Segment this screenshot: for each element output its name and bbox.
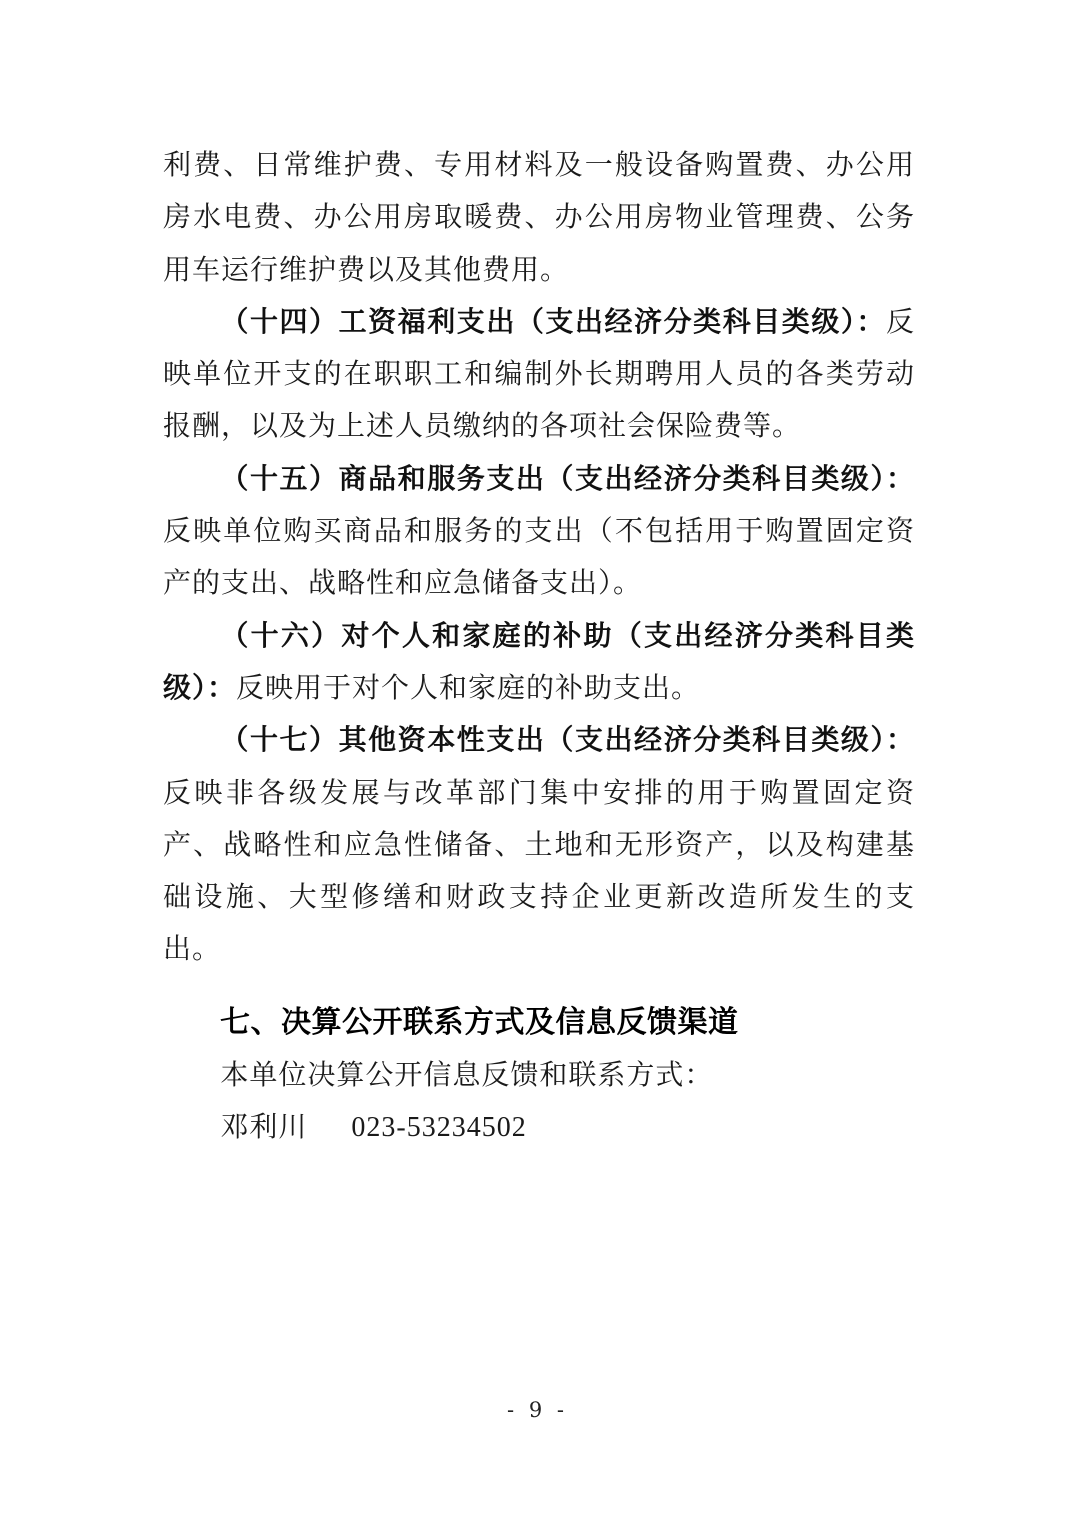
page-number: - 9 - (0, 1398, 1075, 1422)
paragraph-text: 利费、日常维护费、专用材料及一般设备购置费、办公用房水电费、办公用房取暖费、办公… (163, 148, 915, 286)
paragraph-lead: （十四）工资福利支出（支出经济分类科目类级）： (220, 305, 886, 338)
document-content: 利费、日常维护费、专用材料及一般设备购置费、办公用房水电费、办公用房取暖费、办公… (163, 139, 915, 1155)
contact-name: 邓利川 (220, 1110, 307, 1143)
contact-detail-line: 邓利川023-53234502 (163, 1101, 915, 1154)
paragraph-expense-continuation: 利费、日常维护费、专用材料及一般设备购置费、办公用房水电费、办公用房取暖费、办公… (163, 139, 915, 296)
paragraph-text: 反映用于对个人和家庭的补助支出。 (236, 671, 700, 704)
contact-intro-line: 本单位决算公开信息反馈和联系方式： (163, 1049, 915, 1101)
paragraph-text: 反映非各级发展与改革部门集中安排的用于购置固定资产、战略性和应急性储备、土地和无… (163, 776, 915, 966)
paragraph-item-17: （十七）其他资本性支出（支出经济分类科目类级）：反映非各级发展与改革部门集中安排… (163, 714, 915, 975)
paragraph-text: 反映单位购买商品和服务的支出（不包括用于购置固定资产的支出、战略性和应急储备支出… (163, 514, 915, 599)
paragraph-lead: （十五）商品和服务支出（支出经济分类科目类级）： (220, 462, 915, 495)
paragraph-item-15: （十五）商品和服务支出（支出经济分类科目类级）：反映单位购买商品和服务的支出（不… (163, 453, 915, 610)
contact-phone: 023-53234502 (351, 1112, 526, 1143)
paragraph-lead: （十七）其他资本性支出（支出经济分类科目类级）： (220, 723, 915, 756)
paragraph-item-14: （十四）工资福利支出（支出经济分类科目类级）：反映单位开支的在职职工和编制外长期… (163, 296, 915, 453)
document-page: 利费、日常维护费、专用材料及一般设备购置费、办公用房水电费、办公用房取暖费、办公… (0, 0, 1075, 1520)
paragraph-item-16: （十六）对个人和家庭的补助（支出经济分类科目类级）：反映用于对个人和家庭的补助支… (163, 610, 915, 715)
section-heading-seven: 七、决算公开联系方式及信息反馈渠道 (163, 997, 915, 1049)
